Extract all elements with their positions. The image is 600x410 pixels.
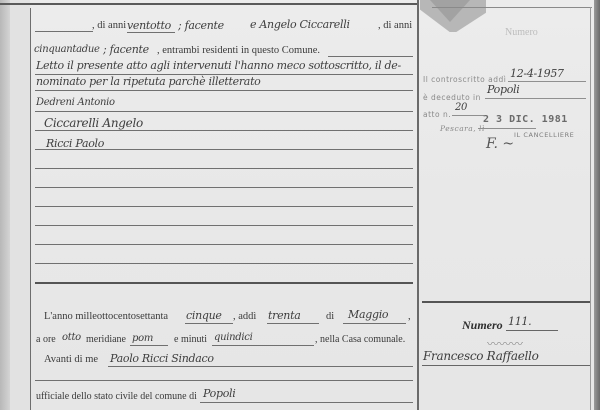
printed-addi: , addì [233,311,256,322]
annotation-death-date: 12-4-1957 [510,67,564,80]
month-rule [343,323,406,324]
printed-year: L'anno milleottocentosettanta [44,311,168,322]
left-margin-rule [30,8,31,410]
year-rule [185,323,233,324]
cancelliere-signature: F. ~ [486,136,514,152]
top-border-rule [0,3,418,5]
continuation-rule [35,380,413,381]
hand-witness-name: e Angelo Ciccarelli [250,18,350,31]
annotation-rule-4 [478,128,536,129]
day-rule [267,323,319,324]
empty-rule [35,244,413,245]
printed-di-anni-1: , di anni [92,20,126,31]
document-page: Numero , di anni ventotto ; facente e An… [0,0,600,410]
printed-avanti: Avanti di me [44,354,98,365]
annotation-date-stamp: 2 3 DIC. 1981 [483,114,568,125]
hand-occupation-2: ; facente [103,43,149,56]
child-name: Francesco Raffaello [423,349,539,363]
right-panel-frame [590,7,591,410]
empty-rule [35,263,413,264]
empty-rule [35,206,413,207]
minutes-rule [212,345,314,346]
annotation-rule-1 [508,81,586,82]
hand-month: Maggio [348,308,388,321]
numero-label: Numero [462,318,503,333]
annotation-act-number: 20 [455,102,467,113]
faint-numero-heading: Numero [505,27,538,38]
note-rule-2 [35,90,413,91]
section-rule [35,282,413,284]
annotation-cancelliere: IL CANCELLIERE [514,131,574,139]
signature-rule-1 [35,111,413,112]
signature-rule-3 [35,149,413,150]
empty-rule [35,168,413,169]
annotation-atto: atto n. [423,110,451,119]
annotation-place: Popoli [487,83,519,96]
meridian-rule [130,345,168,346]
signature-2: Ciccarelli Angelo [44,116,143,130]
annotation-rule-2 [485,98,586,99]
hand-minutes: quindici [214,332,252,343]
scan-left-shadow [0,0,10,410]
numero-rule [506,330,558,331]
printed-di: di [326,311,334,322]
residenti-rule [328,56,413,57]
printed-di-anni-2: , di anni [378,20,412,31]
child-name-rule [422,365,590,366]
printed-casa-comunale: , nella Casa comunale. [315,334,405,345]
handwritten-note-line-1: Letto il presente atto agli intervenuti … [36,59,401,72]
empty-rule [35,225,413,226]
hand-occupation-1: ; facente [178,19,224,32]
blank-rule [35,31,93,32]
annotation-deceduto: è deceduto in [423,93,481,102]
printed-residenti: , entrambi residenti in questo Comune. [157,45,320,56]
printed-ore: a ore [36,334,56,345]
printed-comma: , [408,311,411,322]
hand-officer-name: Paolo Ricci Sindaco [110,352,214,365]
hand-comune: Popoli [203,387,235,400]
hand-age-2: cinquantadue [34,44,100,55]
hand-hour: otto [62,332,81,343]
comune-rule [200,402,413,403]
column-divider [417,0,419,410]
empty-rule [35,187,413,188]
hand-meridian: pom [132,333,153,344]
officer-name-rule [108,366,413,367]
scan-right-shadow [594,0,600,410]
handwritten-note-line-2: nominato per la ripetuta parchè illetter… [36,75,261,88]
hand-year: cinque [186,309,222,322]
age-1-rule [127,32,175,33]
hand-day: trenta [268,309,300,322]
annotation-rule-3 [452,115,484,116]
signature-rule-2 [35,130,413,131]
right-panel-top-rule [432,7,592,8]
signature-1: Dedreni Antonio [36,97,115,108]
printed-meridiane: meridiane [86,334,126,345]
printed-minuti: e minuti [174,334,207,345]
printed-ufficiale: ufficiale dello stato civile del comune … [36,391,197,402]
hand-age-1: ventotto [127,19,171,32]
left-margin [10,0,30,410]
numero-value: 111. [508,315,531,328]
right-section-rule [422,301,590,303]
